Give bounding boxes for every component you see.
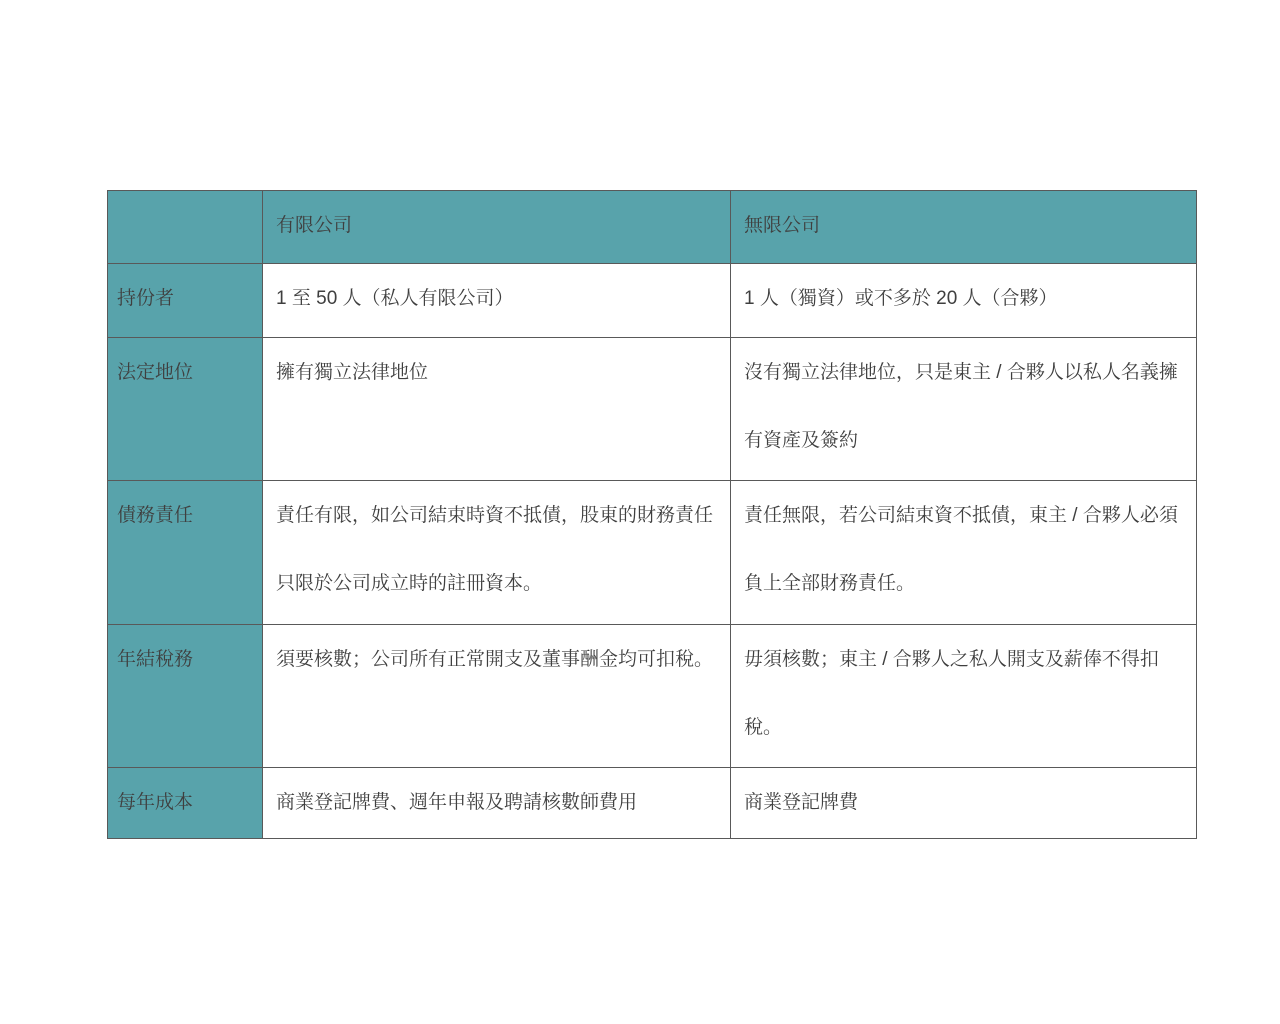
row-label-annual-cost: 每年成本 (108, 768, 263, 839)
limited-company-legal-status-cell: 擁有獨立法律地位 (263, 338, 731, 481)
column-header-unlimited-company: 無限公司 (731, 191, 1197, 264)
table-row-annual-tax: 年結稅務 須要核數；公司所有正常開支及董事酬金均可扣稅。 毋須核數；東主 / 合… (108, 625, 1197, 768)
limited-company-debt-liability-cell: 責任有限，如公司結束時資不抵債，股東的財務責任只限於公司成立時的註冊資本。 (263, 481, 731, 625)
unlimited-company-annual-tax-cell: 毋須核數；東主 / 合夥人之私人開支及薪俸不得扣稅。 (731, 625, 1197, 768)
corner-cell (108, 191, 263, 264)
unlimited-company-debt-liability-cell: 責任無限，若公司結束資不抵債，東主 / 合夥人必須負上全部財務責任。 (731, 481, 1197, 625)
unlimited-company-annual-cost-cell: 商業登記牌費 (731, 768, 1197, 839)
unlimited-company-legal-status-cell: 沒有獨立法律地位，只是東主 / 合夥人以私人名義擁有資產及簽約 (731, 338, 1197, 481)
table-row-legal-status: 法定地位 擁有獨立法律地位 沒有獨立法律地位，只是東主 / 合夥人以私人名義擁有… (108, 338, 1197, 481)
row-label-annual-tax: 年結稅務 (108, 625, 263, 768)
limited-company-shareholders-cell: 1 至 50 人（私人有限公司） (263, 264, 731, 338)
table-row-debt-liability: 債務責任 責任有限，如公司結束時資不抵債，股東的財務責任只限於公司成立時的註冊資… (108, 481, 1197, 625)
row-label-debt-liability: 債務責任 (108, 481, 263, 625)
column-header-limited-company: 有限公司 (263, 191, 731, 264)
table-row-shareholders: 持份者 1 至 50 人（私人有限公司） 1 人（獨資）或不多於 20 人（合夥… (108, 264, 1197, 338)
limited-company-annual-cost-cell: 商業登記牌費、週年申報及聘請核數師費用 (263, 768, 731, 839)
row-label-legal-status: 法定地位 (108, 338, 263, 481)
limited-company-annual-tax-cell: 須要核數；公司所有正常開支及董事酬金均可扣稅。 (263, 625, 731, 768)
table-row-annual-cost: 每年成本 商業登記牌費、週年申報及聘請核數師費用 商業登記牌費 (108, 768, 1197, 839)
header-row: 有限公司 無限公司 (108, 191, 1197, 264)
comparison-table-container: 有限公司 無限公司 持份者 1 至 50 人（私人有限公司） 1 人（獨資）或不… (107, 190, 1197, 839)
unlimited-company-shareholders-cell: 1 人（獨資）或不多於 20 人（合夥） (731, 264, 1197, 338)
row-label-shareholders: 持份者 (108, 264, 263, 338)
company-type-comparison-table: 有限公司 無限公司 持份者 1 至 50 人（私人有限公司） 1 人（獨資）或不… (107, 190, 1197, 839)
